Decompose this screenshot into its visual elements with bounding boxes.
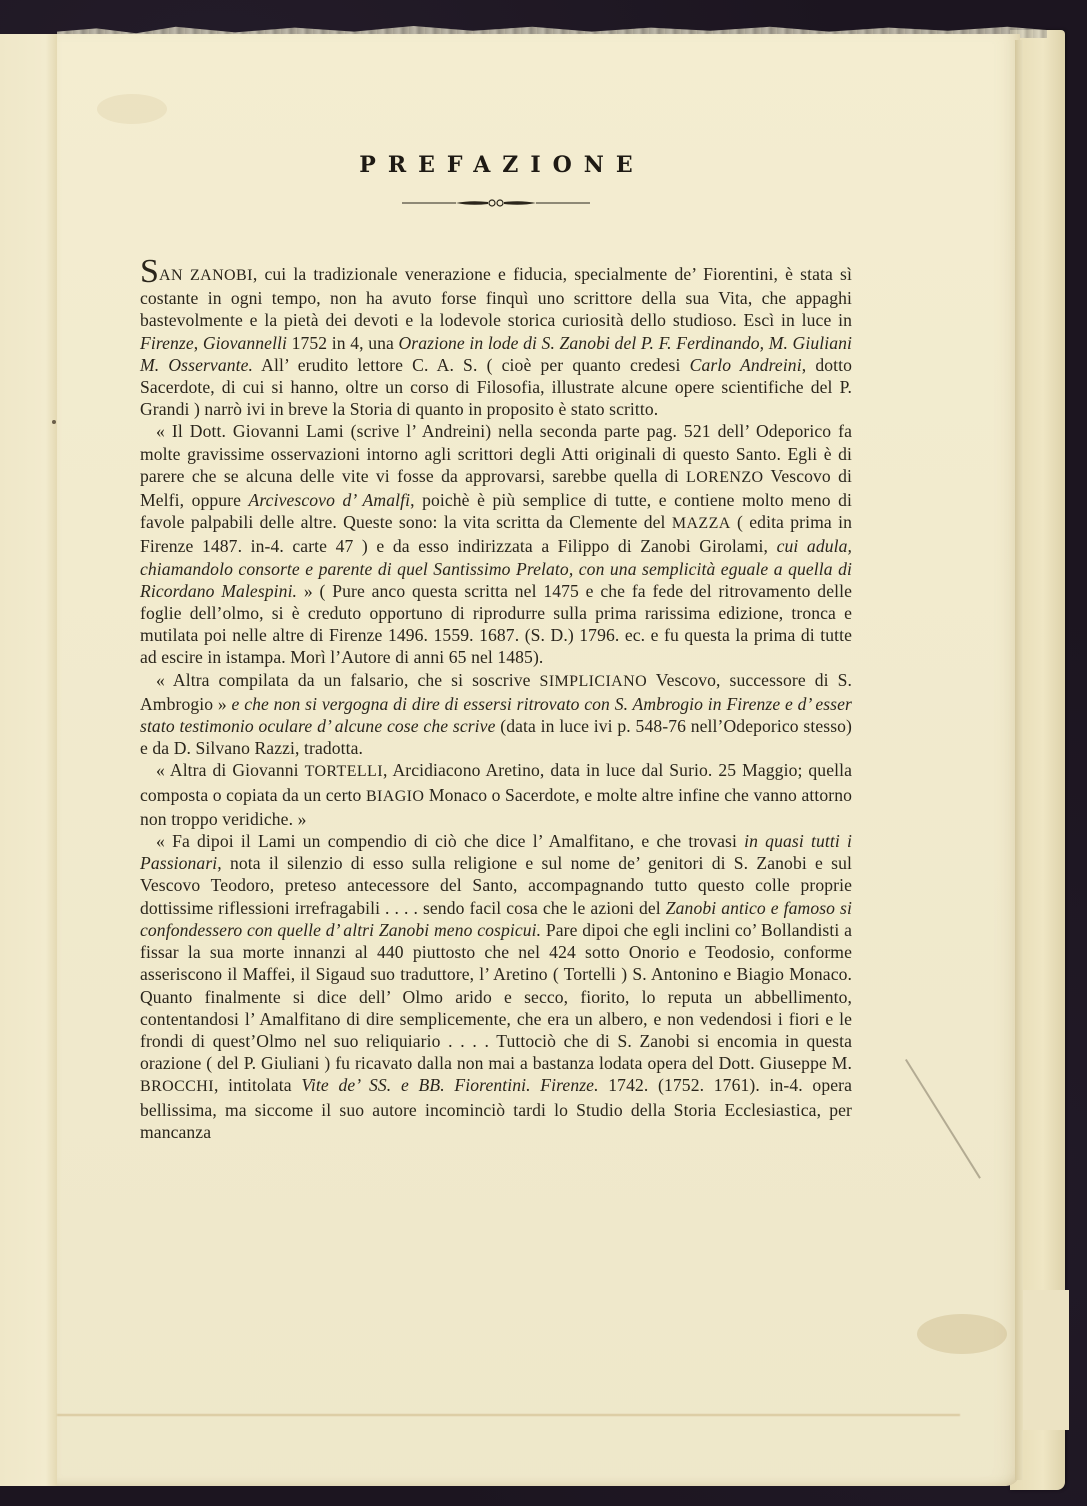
ornament-rule-icon [396, 198, 596, 208]
text-run: Pare dipoi che egli inclini co’ Bollandi… [140, 920, 852, 1073]
text-run: « Altra compilata da un falsario, che si… [156, 670, 540, 690]
paragraph: « Fa dipoi il Lami un compendio di ciò c… [140, 830, 852, 1143]
text-run: All’ erudito lettore C. A. S. ( cioè per… [253, 355, 690, 375]
caps-text: SIMPLICIANO [540, 673, 648, 690]
paragraph: « Altra compilata da un falsario, che si… [140, 669, 852, 760]
drop-cap: S [140, 253, 159, 290]
paragraph: SAN ZANOBI, cui la tradizionale venerazi… [140, 262, 852, 420]
italic-text: Firenze [140, 333, 194, 353]
italic-text: Arcivescovo d’ Amalfi [249, 490, 411, 510]
italic-text: Giovannelli [203, 333, 287, 353]
ornament-rule [140, 198, 852, 208]
margin-mark [52, 420, 56, 424]
text-run: « Altra di Giovanni [156, 760, 305, 780]
caps-text: TORTELLI [305, 763, 383, 780]
page-side-edge [1015, 40, 1023, 1480]
paragraph: « Il Dott. Giovanni Lami (scrive l’ Andr… [140, 420, 852, 668]
body-text: SAN ZANOBI, cui la tradizionale venerazi… [140, 262, 852, 1143]
text-run: , [194, 333, 203, 353]
underlying-sheet-corner [1020, 1290, 1069, 1430]
text-run: « Fa dipoi il Lami un compendio di ciò c… [156, 831, 744, 851]
paper-stain [97, 94, 167, 124]
page-title: PREFAZIONE [140, 152, 852, 178]
caps-text: MAZZA [672, 515, 731, 532]
italic-text: Vite de’ SS. e BB. Fiorentini. Firenze. [301, 1075, 598, 1095]
caps-text: BROCCHI [140, 1078, 214, 1095]
caps-text: AN ZANOBI [159, 267, 253, 284]
text-run: , intitolata [214, 1075, 301, 1095]
italic-text: Carlo Andreini [690, 355, 802, 375]
previous-page-edge [0, 34, 58, 1486]
caps-text: LORENZO [686, 469, 763, 486]
caps-text: BIAGIO [366, 788, 424, 805]
text-run: 1752 in 4, una [287, 333, 398, 353]
paper-stain [917, 1314, 1007, 1354]
paragraph: « Altra di Giovanni TORTELLI, Arcidiacon… [140, 759, 852, 830]
